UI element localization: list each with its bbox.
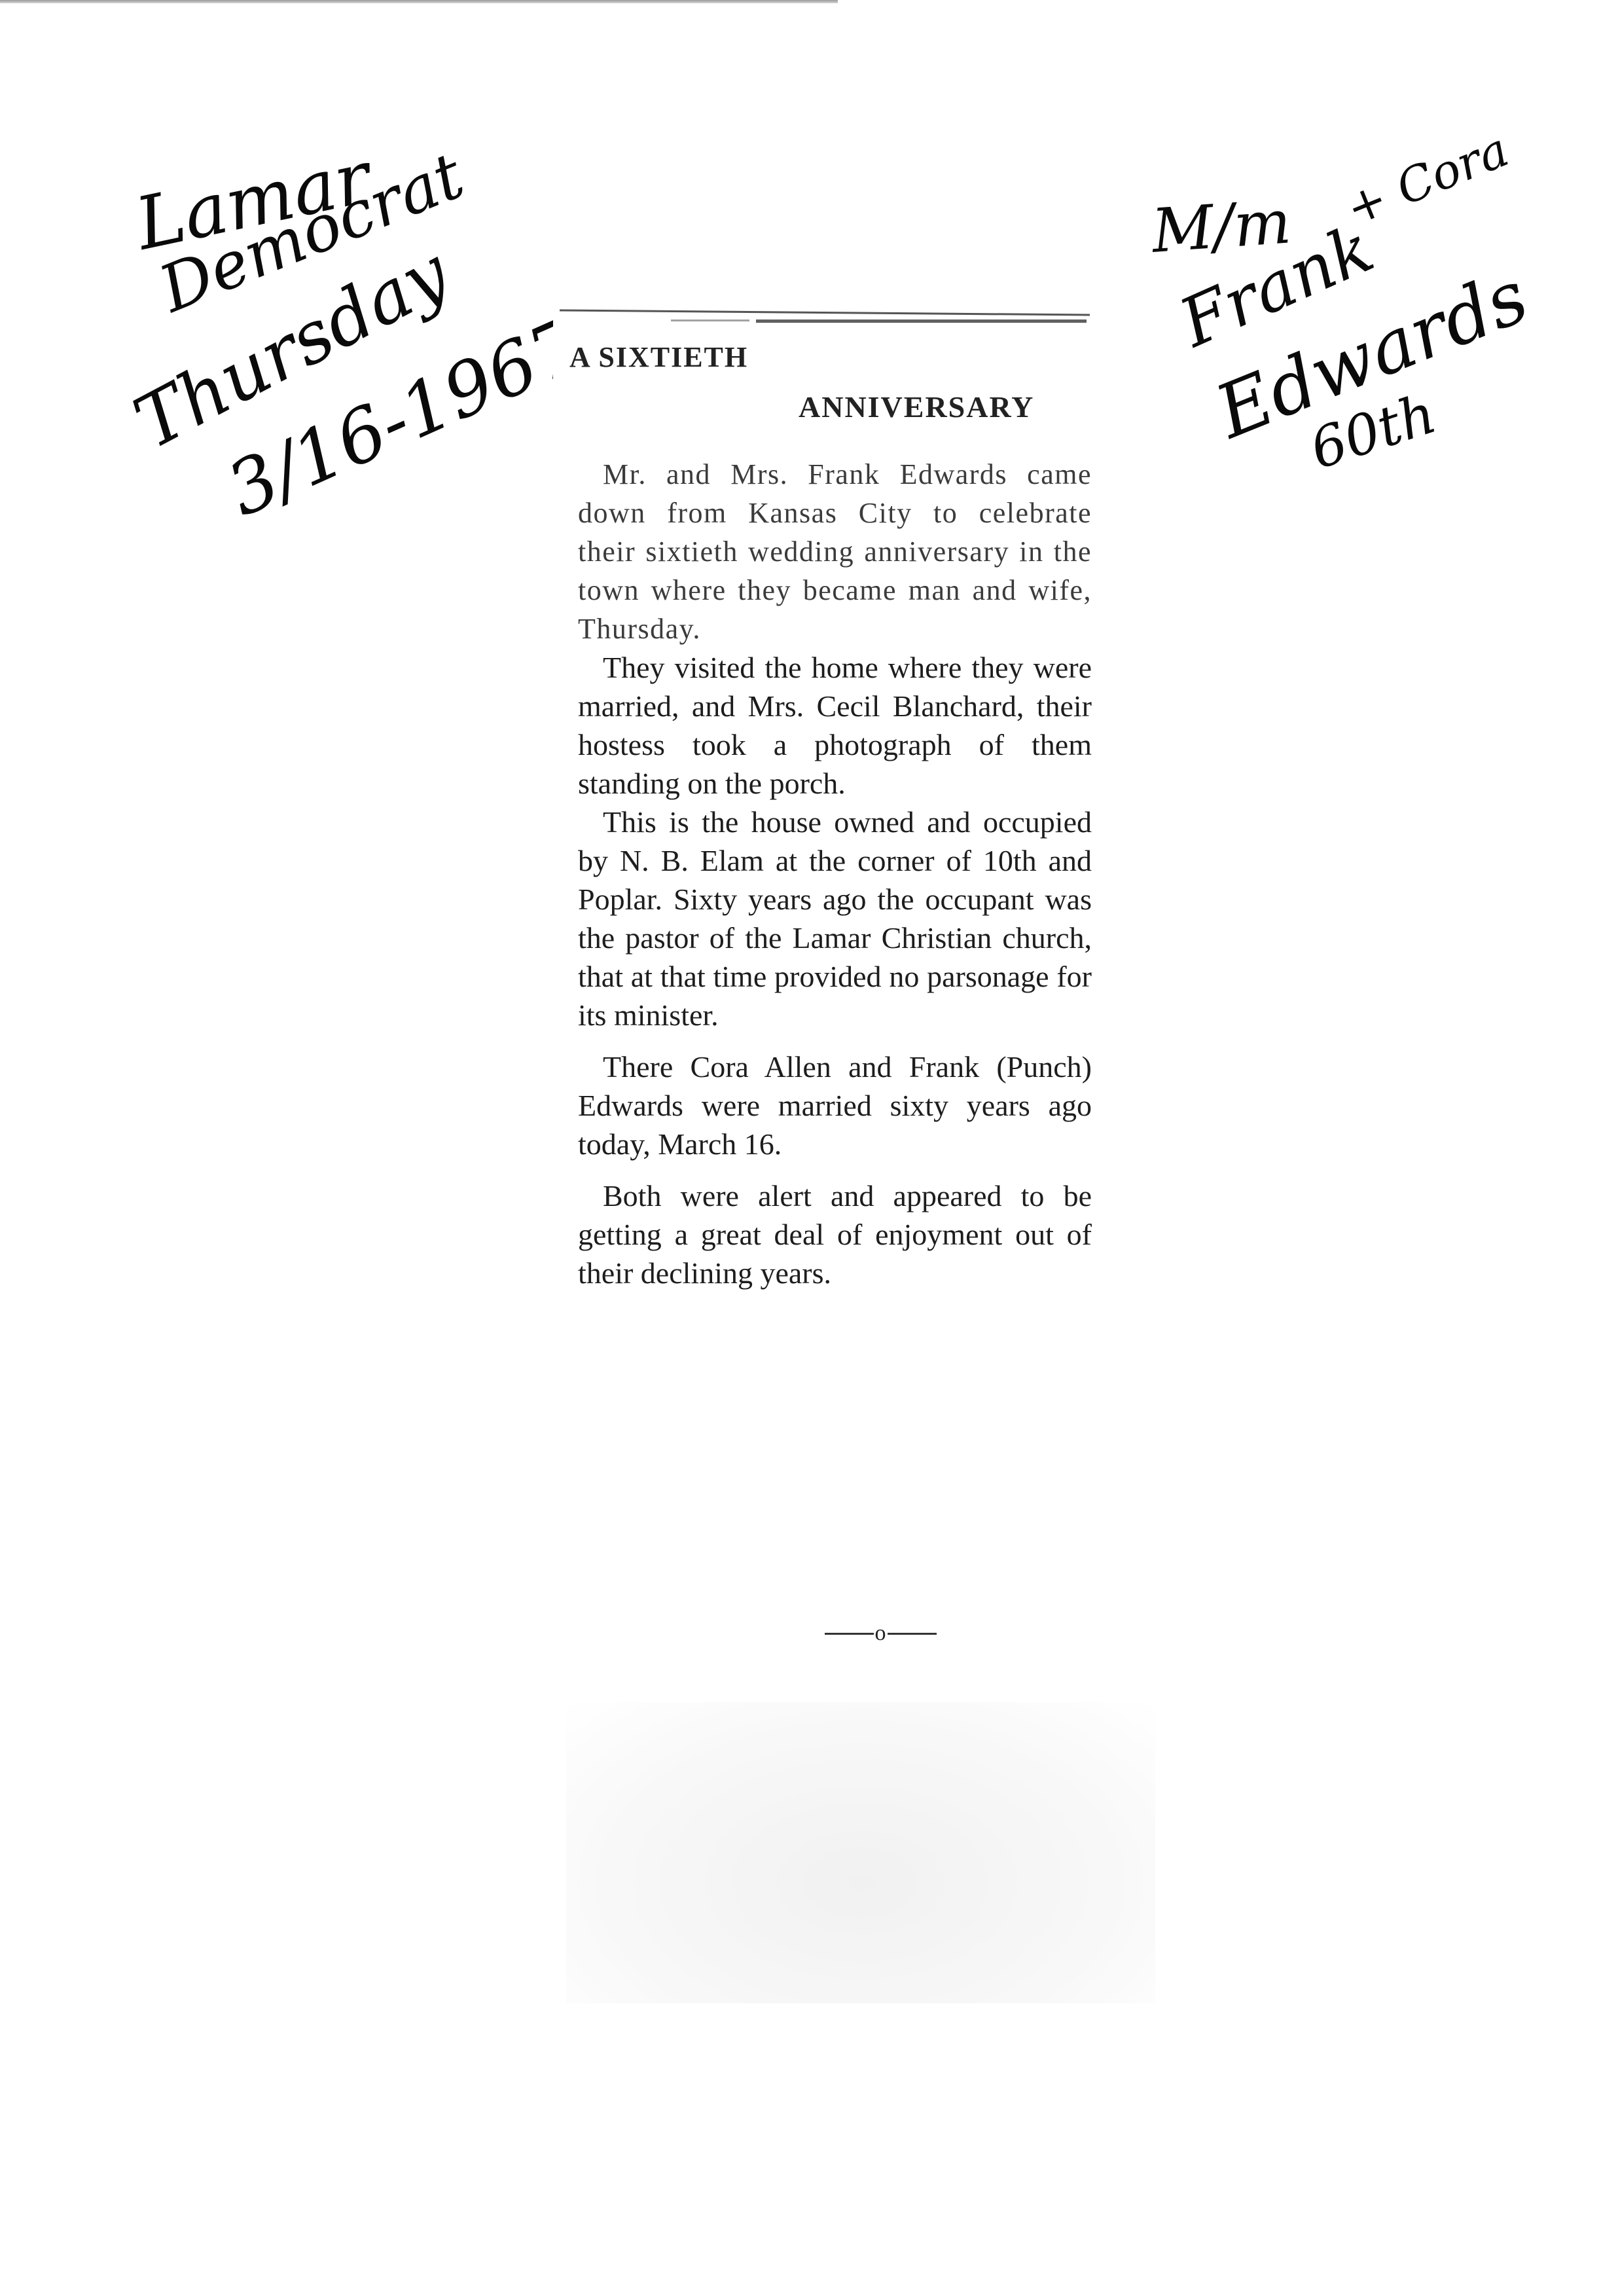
- headline-line-1: A Sixtieth: [569, 340, 748, 374]
- newspaper-clipping: A Sixtieth Anniversary Mr. and Mrs. Fran…: [553, 308, 1162, 1696]
- column-rule: [553, 308, 1096, 327]
- end-mark-glyph: o: [875, 1622, 886, 1645]
- article-paragraph: They visited the home where they were ma…: [578, 648, 1092, 803]
- article-body: Mr. and Mrs. Frank Ed­wards came down fr…: [578, 455, 1092, 1292]
- scan-edge-shadow: [0, 0, 838, 3]
- handwritten-name-cora: + Cora: [1338, 122, 1516, 236]
- scan-texture: [566, 1702, 1155, 2003]
- end-of-article-mark: o: [802, 1620, 959, 1647]
- article-paragraph: Mr. and Mrs. Frank Ed­wards came down fr…: [578, 455, 1092, 648]
- article-paragraph: Both were alert and appear­ed to be gett…: [578, 1176, 1092, 1292]
- article-paragraph: There Cora Allen and Frank (Punch) Edwar…: [578, 1048, 1092, 1163]
- article-paragraph: This is the house owned and occupied by …: [578, 803, 1092, 1034]
- headline-line-2: Anniversary: [799, 390, 1034, 424]
